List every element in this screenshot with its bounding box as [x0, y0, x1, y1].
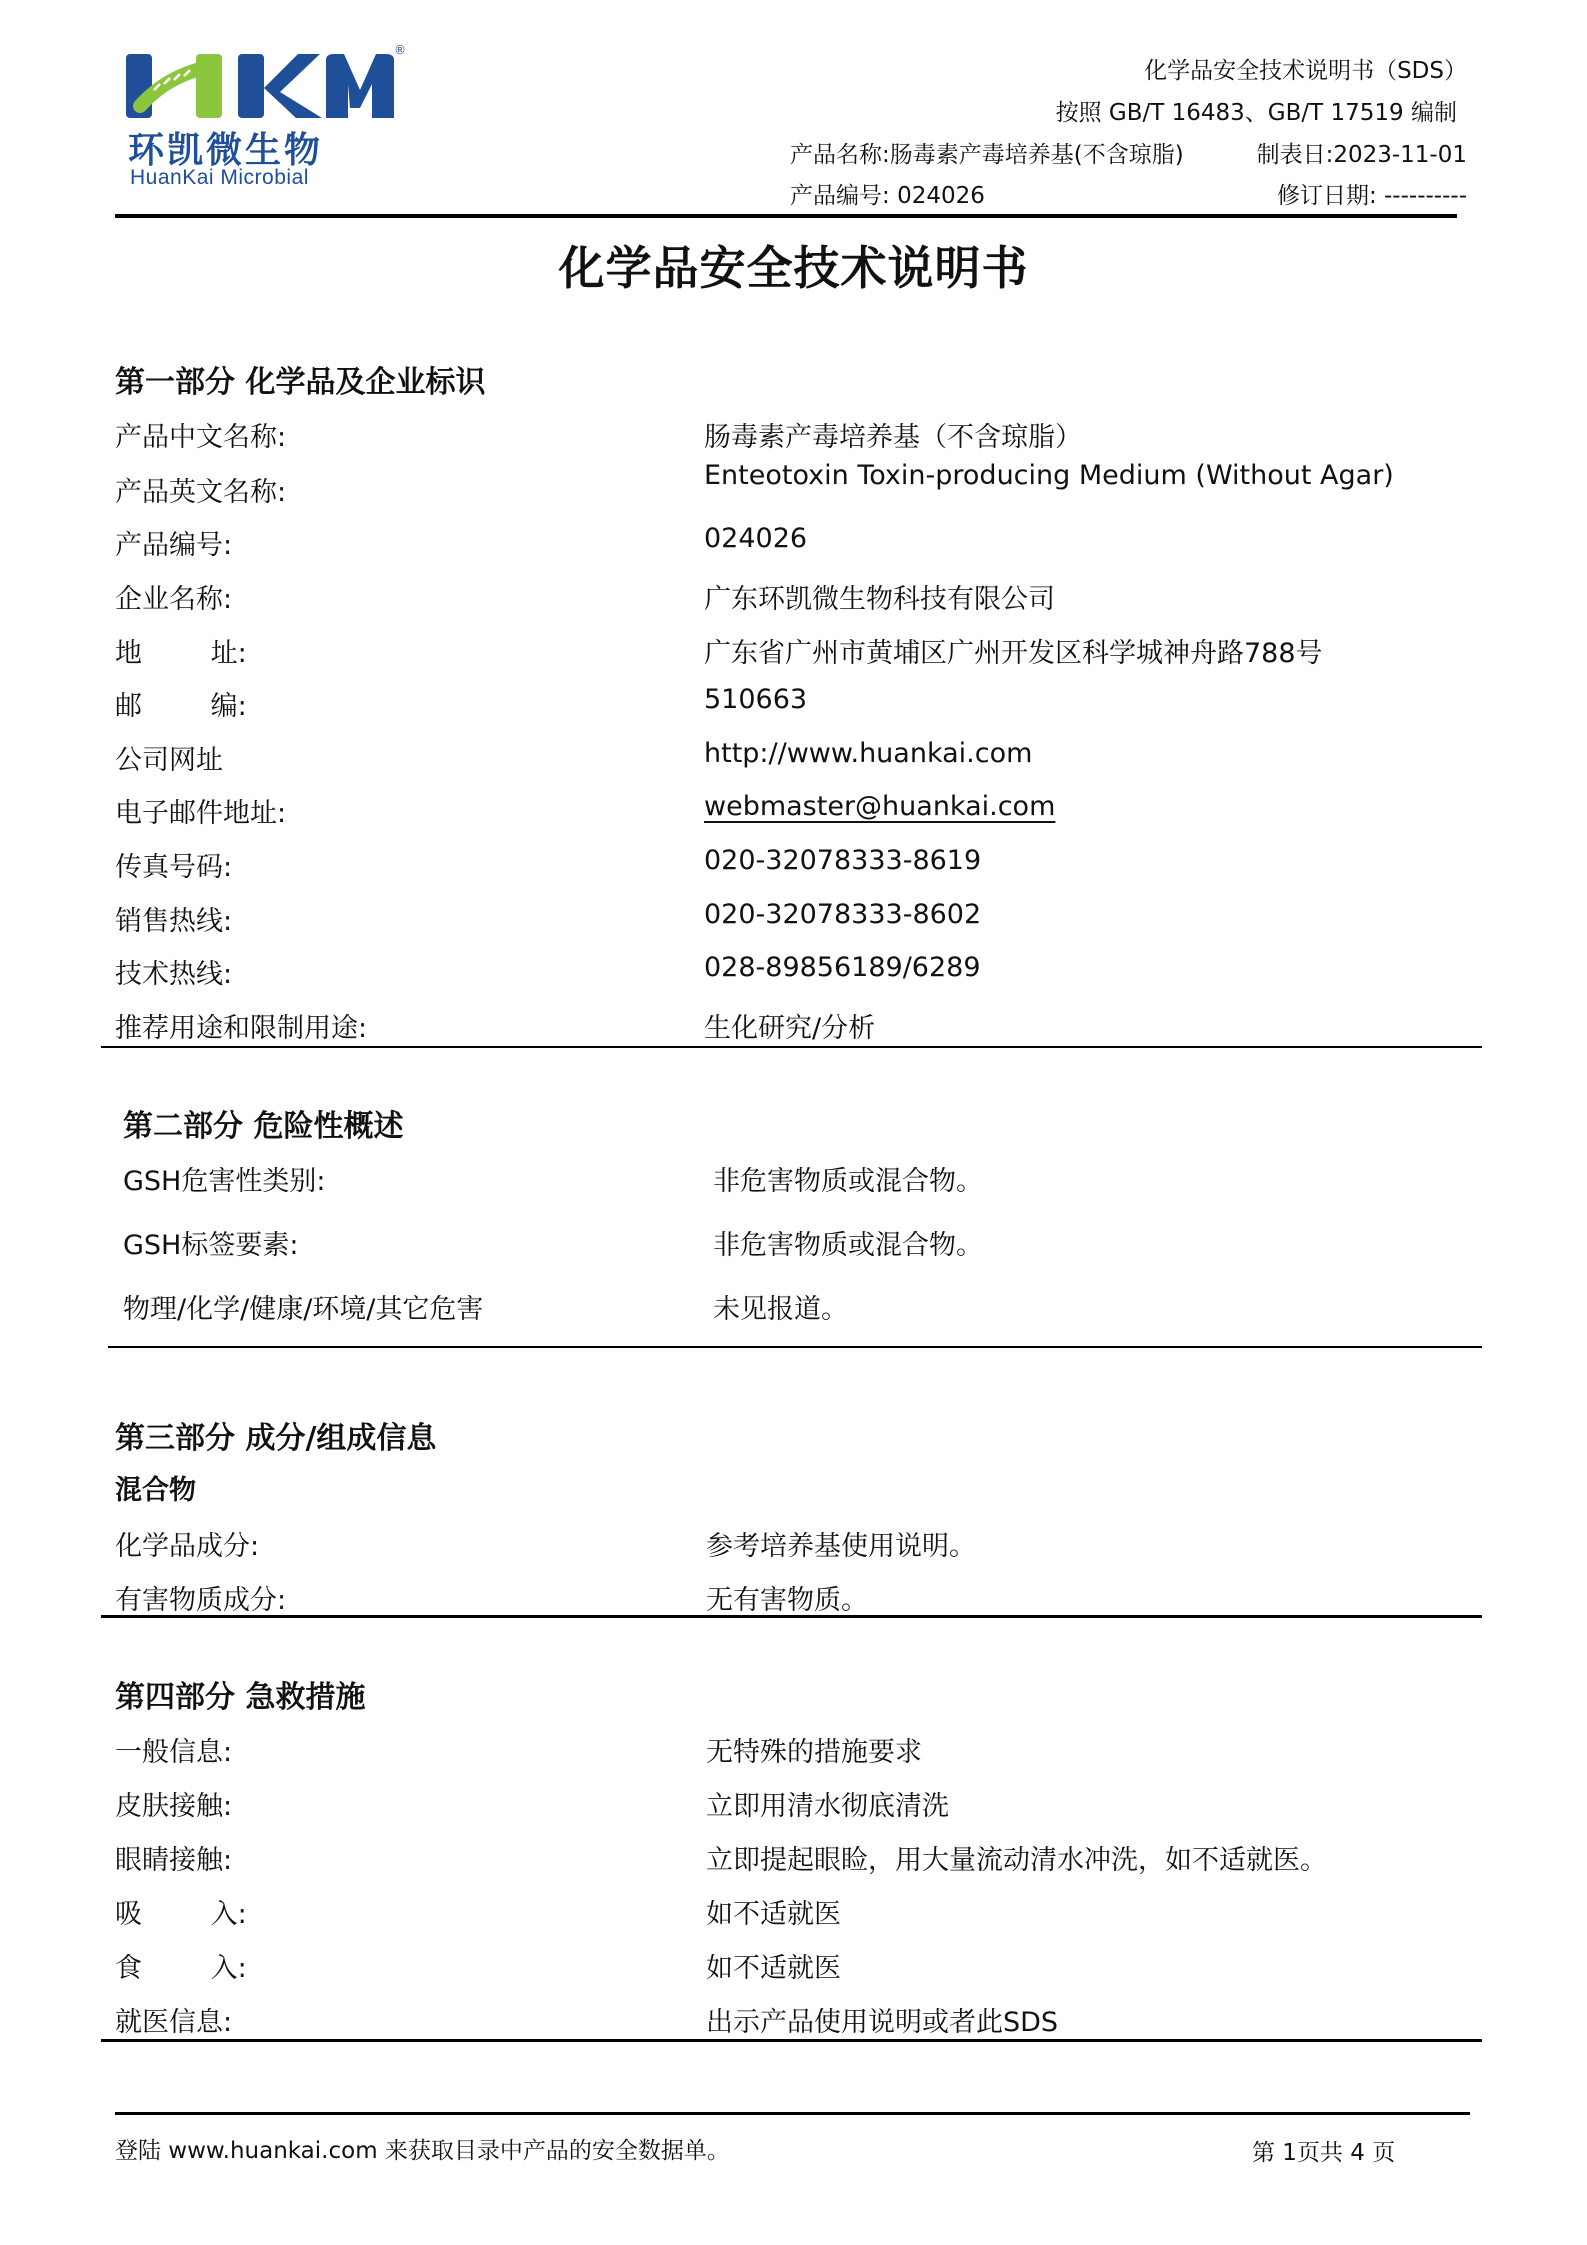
standard-label: 按照 GB/T 16483、GB/T 17519 编制 — [1056, 94, 1457, 127]
product-code-label: 产品编号: — [790, 183, 890, 209]
label-eye-contact: 眼睛接触: — [115, 1838, 232, 1877]
label-tech-hotline: 技术热线: — [115, 952, 232, 991]
label-skin-contact: 皮肤接触: — [115, 1784, 232, 1823]
company-logo: ® 环凯微生物 HuanKai Microbial — [120, 44, 410, 194]
svg-text:®: ® — [394, 44, 406, 57]
value-medical-info: 出示产品使用说明或者此SDS — [706, 2000, 1058, 2039]
value-product-cn-name: 肠毒素产毒培养基（不含琼脂） — [704, 415, 1082, 454]
footer-rule — [115, 2112, 1470, 2115]
label-product-cn-name: 产品中文名称: — [115, 415, 286, 454]
label-postcode: 邮 编: — [115, 684, 247, 723]
product-name-value: 肠毒素产毒培养基(不含琼脂) — [890, 142, 1184, 168]
section-4-divider — [101, 2039, 1482, 2042]
section-1-title: 第一部分 化学品及企业标识 — [115, 357, 485, 401]
label-email: 电子邮件地址: — [115, 791, 286, 830]
page-indicator: 第 1页共 4 页 — [1252, 2134, 1395, 2167]
section-2-title: 第二部分 危险性概述 — [123, 1101, 403, 1145]
label-product-en-name: 产品英文名称: — [115, 470, 286, 509]
label-fax: 传真号码: — [115, 845, 232, 884]
email-link[interactable]: webmaster@huankai.com — [704, 791, 1055, 822]
label-sales-hotline: 销售热线: — [115, 899, 232, 938]
product-code-value: 024026 — [897, 183, 985, 209]
value-address: 广东省广州市黄埔区广州开发区科学城神舟路788号 — [704, 631, 1323, 670]
header-product-code: 产品编号: 024026 — [790, 177, 985, 210]
label-other-hazards: 物理/化学/健康/环境/其它危害 — [123, 1287, 483, 1326]
value-product-en-name: Enteotoxin Toxin-producing Medium (Witho… — [704, 460, 1394, 491]
value-fax: 020-32078333-8619 — [704, 845, 981, 876]
value-recommended-use: 生化研究/分析 — [704, 1006, 875, 1045]
document-title: 化学品安全技术说明书 — [0, 232, 1587, 298]
section-1-divider — [101, 1046, 1482, 1048]
section-3-divider — [101, 1615, 1482, 1618]
logo-english-name: HuanKai Microbial — [130, 166, 309, 190]
header-issue-date: 制表日:2023-11-01 — [1257, 136, 1467, 169]
header-revision-date: 修订日期: ---------- — [1277, 177, 1467, 210]
value-sales-hotline: 020-32078333-8602 — [704, 899, 981, 930]
value-inhalation: 如不适就医 — [706, 1892, 841, 1931]
label-general-info: 一般信息: — [115, 1730, 232, 1769]
label-recommended-use: 推荐用途和限制用途: — [115, 1006, 367, 1045]
value-eye-contact: 立即提起眼睑，用大量流动清水冲洗，如不适就医。 — [706, 1838, 1327, 1877]
value-hazardous-components: 无有害物质。 — [706, 1578, 868, 1617]
label-hazardous-components: 有害物质成分: — [115, 1578, 286, 1617]
value-product-code: 024026 — [704, 523, 807, 554]
label-ingestion: 食 入: — [115, 1946, 247, 1985]
value-ingestion: 如不适就医 — [706, 1946, 841, 1985]
issue-date-label: 制表日: — [1257, 142, 1334, 168]
value-tech-hotline: 028-89856189/6289 — [704, 952, 981, 983]
label-product-code: 产品编号: — [115, 523, 232, 562]
value-postcode: 510663 — [704, 684, 807, 715]
header-product-name: 产品名称:肠毒素产毒培养基(不含琼脂) — [790, 136, 1184, 169]
doc-type-label: 化学品安全技术说明书（SDS） — [1144, 52, 1467, 85]
issue-date-value: 2023-11-01 — [1333, 142, 1467, 168]
website-link[interactable]: http://www.huankai.com — [704, 738, 1032, 769]
product-name-label: 产品名称: — [790, 142, 890, 168]
section-3-title: 第三部分 成分/组成信息 — [115, 1413, 436, 1457]
label-gsh-hazard-class: GSH危害性类别: — [123, 1159, 325, 1198]
label-medical-info: 就医信息: — [115, 2000, 232, 2039]
header-rule — [115, 214, 1457, 218]
value-general-info: 无特殊的措施要求 — [706, 1730, 922, 1769]
value-chemical-composition: 参考培养基使用说明。 — [706, 1524, 976, 1563]
section-2-divider — [108, 1346, 1482, 1348]
value-gsh-hazard-class: 非危害物质或混合物。 — [713, 1159, 983, 1198]
footer-note: 登陆 www.huankai.com 来获取目录中产品的安全数据单。 — [115, 2132, 730, 2165]
label-address: 地 址: — [115, 631, 247, 670]
section-4-title: 第四部分 急救措施 — [115, 1672, 365, 1716]
label-company-name: 企业名称: — [115, 577, 232, 616]
label-website: 公司网址 — [115, 738, 223, 777]
label-gsh-label-elements: GSH标签要素: — [123, 1223, 298, 1262]
revision-date-label: 修订日期: — [1277, 183, 1377, 209]
hkm-logo-icon: ® — [120, 44, 410, 122]
value-company-name: 广东环凯微生物科技有限公司 — [704, 577, 1055, 616]
value-skin-contact: 立即用清水彻底清洗 — [706, 1784, 949, 1823]
value-gsh-label-elements: 非危害物质或混合物。 — [713, 1223, 983, 1262]
revision-date-value: ---------- — [1384, 183, 1467, 209]
value-other-hazards: 未见报道。 — [713, 1287, 848, 1326]
label-chemical-composition: 化学品成分: — [115, 1524, 259, 1563]
section-3-subtitle: 混合物 — [115, 1468, 196, 1507]
label-inhalation: 吸 入: — [115, 1892, 247, 1931]
